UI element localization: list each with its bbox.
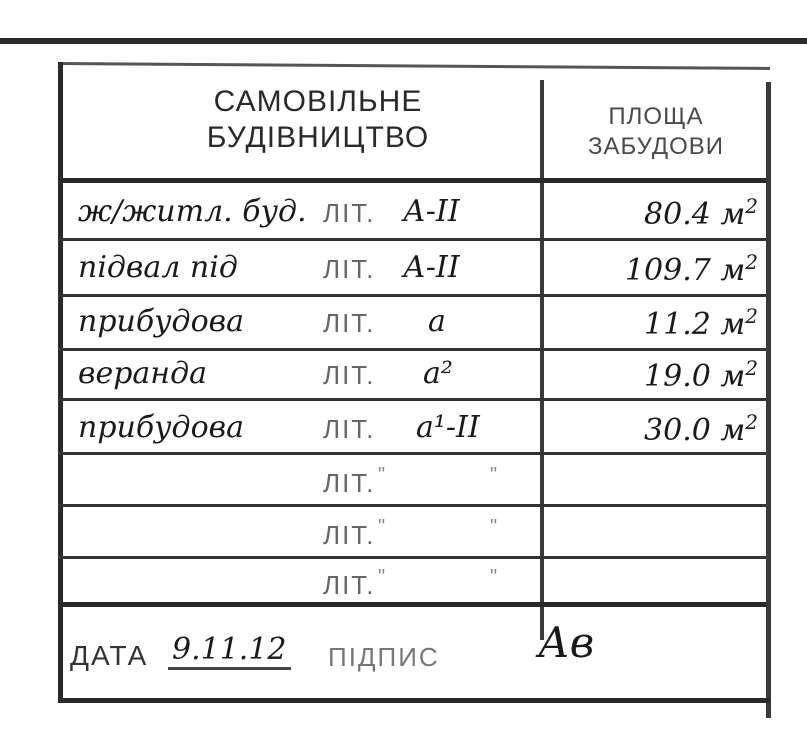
row-divider: [58, 452, 766, 455]
signature: Ав: [538, 618, 594, 667]
header-left-line1: САМОВІЛЬНЕ: [118, 84, 518, 120]
liter-label: ЛІТ.: [323, 254, 376, 285]
liter-value: а¹-ІІ: [416, 410, 480, 445]
table-row: прибудова ЛІТ. а¹-ІІ 30.0 м2: [58, 408, 766, 448]
area-value: 109.7 м2: [625, 250, 758, 288]
building-name: веранда: [78, 356, 207, 391]
row-divider: [58, 504, 766, 507]
table-row: підвал під ЛІТ. А-ІІ 109.7 м2: [58, 248, 766, 288]
area-value: 11.2 м2: [644, 304, 758, 342]
liter-label: ЛІТ.: [323, 414, 376, 445]
stamp-border-top: [58, 62, 770, 70]
row-divider: [58, 348, 766, 351]
table-row-empty: ЛІТ. " ": [58, 462, 766, 502]
table-row: веранда ЛІТ. а² 19.0 м2: [58, 354, 766, 394]
quote-open: ": [378, 566, 387, 589]
signature-label: ПІДПИС: [328, 642, 440, 673]
liter-label: ЛІТ.: [323, 360, 376, 391]
stamp-footer: ДАТА 9.11.12 ПІДПИС Ав: [58, 632, 766, 682]
table-row-empty: ЛІТ. " ": [58, 514, 766, 554]
building-name: прибудова: [78, 304, 244, 339]
area-value: 80.4 м2: [644, 194, 758, 232]
header-unauthorized-construction: САМОВІЛЬНЕ БУДІВНИЦТВО: [118, 84, 518, 156]
date-value: 9.11.12: [168, 632, 291, 670]
quote-open: ": [378, 516, 387, 539]
liter-label: ЛІТ.: [323, 520, 376, 551]
table-row-empty: ЛІТ. " ": [58, 564, 766, 604]
area-value: 19.0 м2: [644, 356, 758, 394]
liter-label: ЛІТ.: [323, 308, 376, 339]
date-label: ДАТА: [70, 640, 148, 672]
header-right-line2: ЗАБУДОВИ: [546, 132, 766, 162]
area-value: 30.0 м2: [644, 410, 758, 448]
table-row: ж/житл. буд. ЛІТ. А-ІІ 80.4 м2: [58, 192, 766, 232]
header-right-line1: ПЛОЩА: [546, 102, 766, 132]
unauthorized-construction-stamp: САМОВІЛЬНЕ БУДІВНИЦТВО ПЛОЩА ЗАБУДОВИ ж/…: [58, 62, 772, 718]
liter-label: ЛІТ.: [323, 468, 376, 499]
header-divider: [58, 178, 766, 183]
row-divider: [58, 398, 766, 401]
header-building-area: ПЛОЩА ЗАБУДОВИ: [546, 102, 766, 162]
quote-close: ": [490, 566, 499, 589]
building-name: ж/житл. буд.: [78, 194, 307, 229]
liter-value: А-ІІ: [403, 250, 460, 285]
header-left-line2: БУДІВНИЦТВО: [118, 120, 518, 156]
row-divider: [58, 556, 766, 559]
building-name: прибудова: [78, 410, 244, 445]
quote-close: ": [490, 464, 499, 487]
row-divider: [58, 238, 766, 241]
liter-label: ЛІТ.: [323, 570, 376, 601]
quote-close: ": [490, 516, 499, 539]
quote-open: ": [378, 464, 387, 487]
liter-value: А-ІІ: [403, 194, 460, 229]
liter-value: а²: [423, 356, 453, 391]
liter-label: ЛІТ.: [323, 198, 376, 229]
table-row: прибудова ЛІТ. а 11.2 м2: [58, 302, 766, 342]
stamp-border-bottom: [58, 698, 770, 703]
top-rule: [0, 38, 807, 44]
stamp-border-right: [766, 82, 771, 718]
building-name: підвал під: [78, 250, 238, 285]
liter-value: а: [428, 304, 446, 339]
row-divider: [58, 294, 766, 297]
